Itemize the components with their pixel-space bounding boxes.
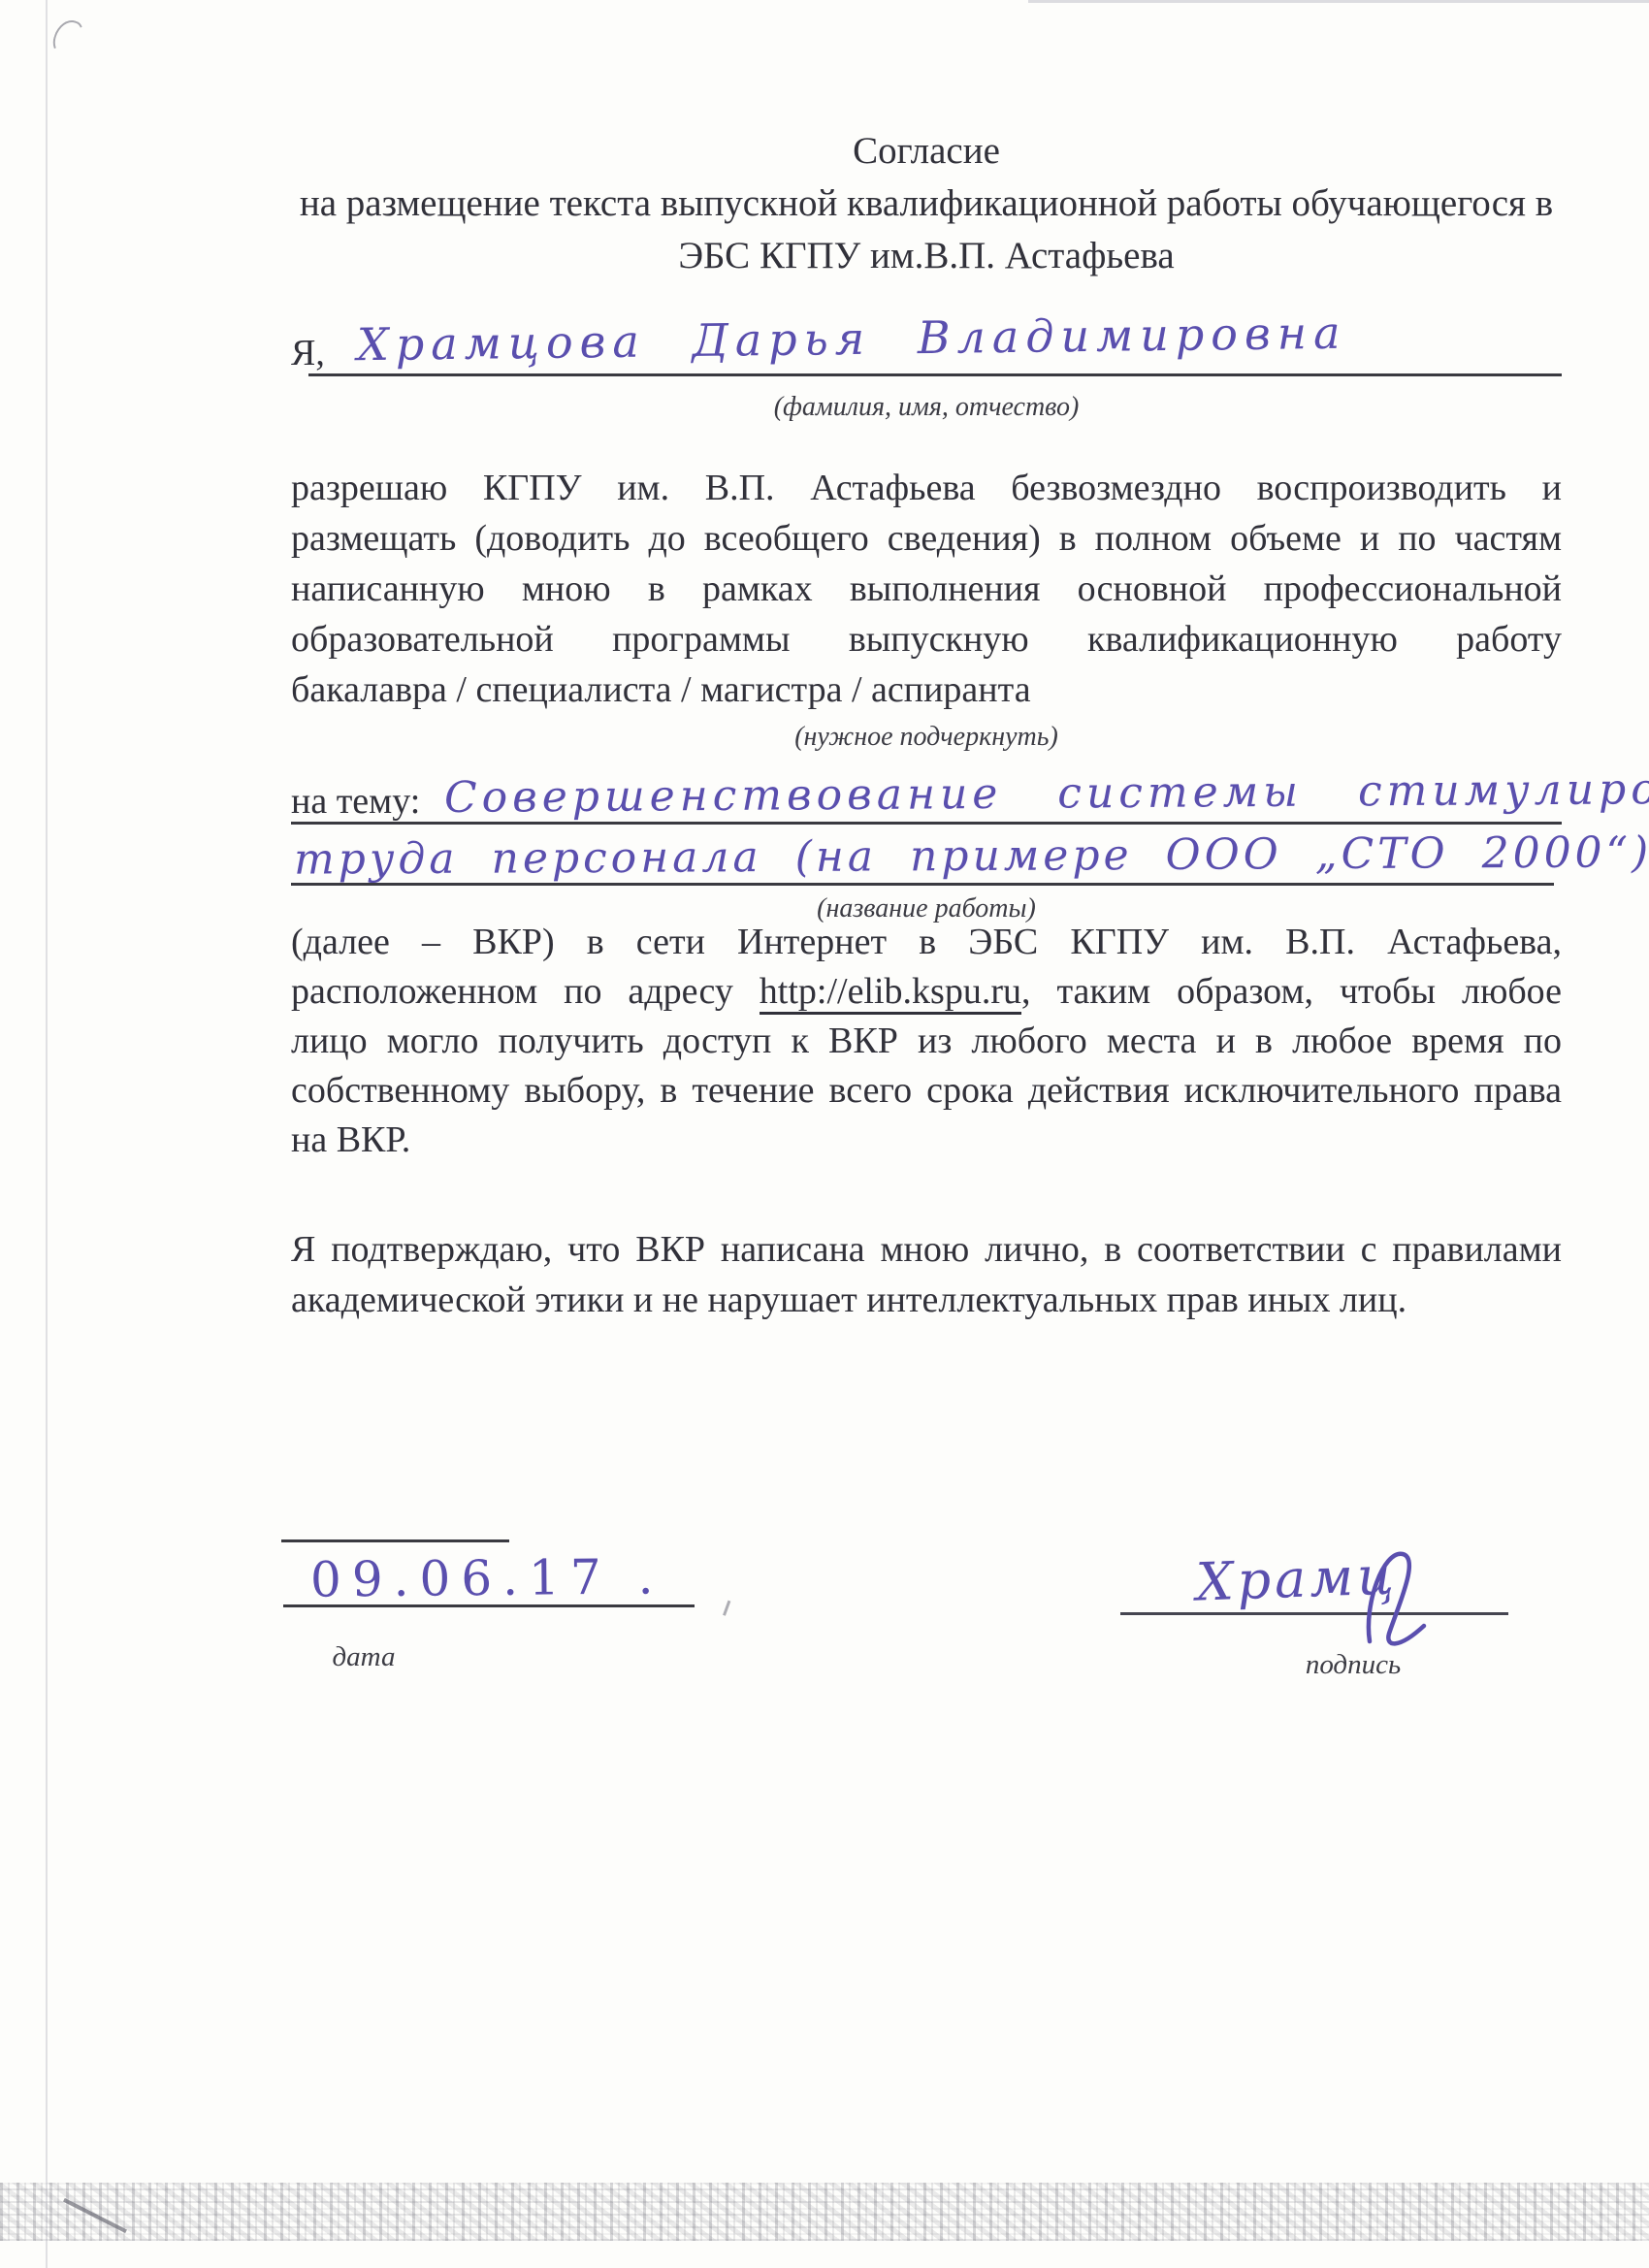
paragraph-line-with-link: расположенном по адресу http://elib.kspu…	[291, 967, 1562, 1017]
topic-label: на тему:	[291, 776, 420, 826]
publication-paragraph: (далее – ВКР) в сети Интернет в ЭБС КГПУ…	[291, 918, 1562, 1165]
date-handwritten-entry: 09.06.17 .	[310, 1548, 664, 1607]
date-underline-rule	[283, 1604, 695, 1607]
paragraph-line: разрешаю КГПУ им. В.П. Астафьева безвозм…	[291, 463, 1562, 513]
topic-handwritten-line-1: Совершенствование системы стимулирования	[444, 763, 1649, 823]
paragraph-line: написанную мною в рамках выполнения осно…	[291, 564, 1562, 614]
paragraph-line: образовательной программы выпускную квал…	[291, 614, 1562, 664]
topic-handwritten-line-2: труда персонала (на примере ООО „СТО 200…	[294, 827, 1649, 884]
name-handwritten-entry: Храмцова Дарья Владимировна	[357, 307, 1347, 371]
underline-instruction-hint: (нужное подчеркнуть)	[291, 722, 1562, 753]
declarant-prefix: Я,	[291, 328, 325, 378]
paragraph-line: академической этики и не нарушает интелл…	[291, 1275, 1562, 1325]
paragraph-line: (далее – ВКР) в сети Интернет в ЭБС КГПУ…	[291, 918, 1562, 967]
name-underline-rule	[308, 373, 1562, 376]
signature-underline-rule	[1120, 1612, 1508, 1615]
document-title: Согласие	[291, 124, 1562, 178]
degree-options-line: бакалавра / специалиста / магистра / асп…	[291, 664, 1562, 715]
scan-bottom-noise-band	[0, 2183, 1649, 2241]
scan-left-edge-line	[46, 0, 48, 2268]
document-subtitle: на размещение текста выпускной квалифика…	[291, 177, 1562, 231]
scanned-consent-form-page: Согласие на размещение текста выпускной …	[0, 0, 1649, 2268]
scan-corner-squiggle-mark	[49, 16, 86, 60]
name-hint: (фамилия, имя, отчество)	[291, 392, 1562, 423]
permission-paragraph: разрешаю КГПУ им. В.П. Астафьева безвозм…	[291, 463, 1562, 715]
paragraph-line: собственному выбору, в течение всего сро…	[291, 1066, 1562, 1116]
elib-url-text: http://elib.kspu.ru	[760, 971, 1021, 1015]
paragraph-line: Я подтверждаю, что ВКР написана мною лич…	[291, 1224, 1562, 1275]
date-label: дата	[286, 1641, 441, 1673]
document-org-line: ЭБС КГПУ им.В.П. Астафьева	[291, 229, 1562, 283]
paragraph-line: лицо могло получить доступ к ВКР из любо…	[291, 1017, 1562, 1066]
scan-top-streak	[1028, 0, 1649, 3]
link-suffix-text: , таким образом, чтобы любое	[1021, 971, 1562, 1012]
date-rule-top	[281, 1539, 509, 1542]
paragraph-line: на ВКР.	[291, 1116, 1562, 1165]
signature-flourish-icon	[1356, 1540, 1448, 1655]
confirmation-paragraph: Я подтверждаю, что ВКР написана мною лич…	[291, 1224, 1562, 1325]
scan-stray-mark	[714, 1597, 731, 1615]
link-prefix-text: расположенном по адресу	[291, 971, 760, 1012]
paragraph-line: размещать (доводить до всеобщего сведени…	[291, 513, 1562, 564]
signature-label: подпись	[1261, 1649, 1445, 1681]
